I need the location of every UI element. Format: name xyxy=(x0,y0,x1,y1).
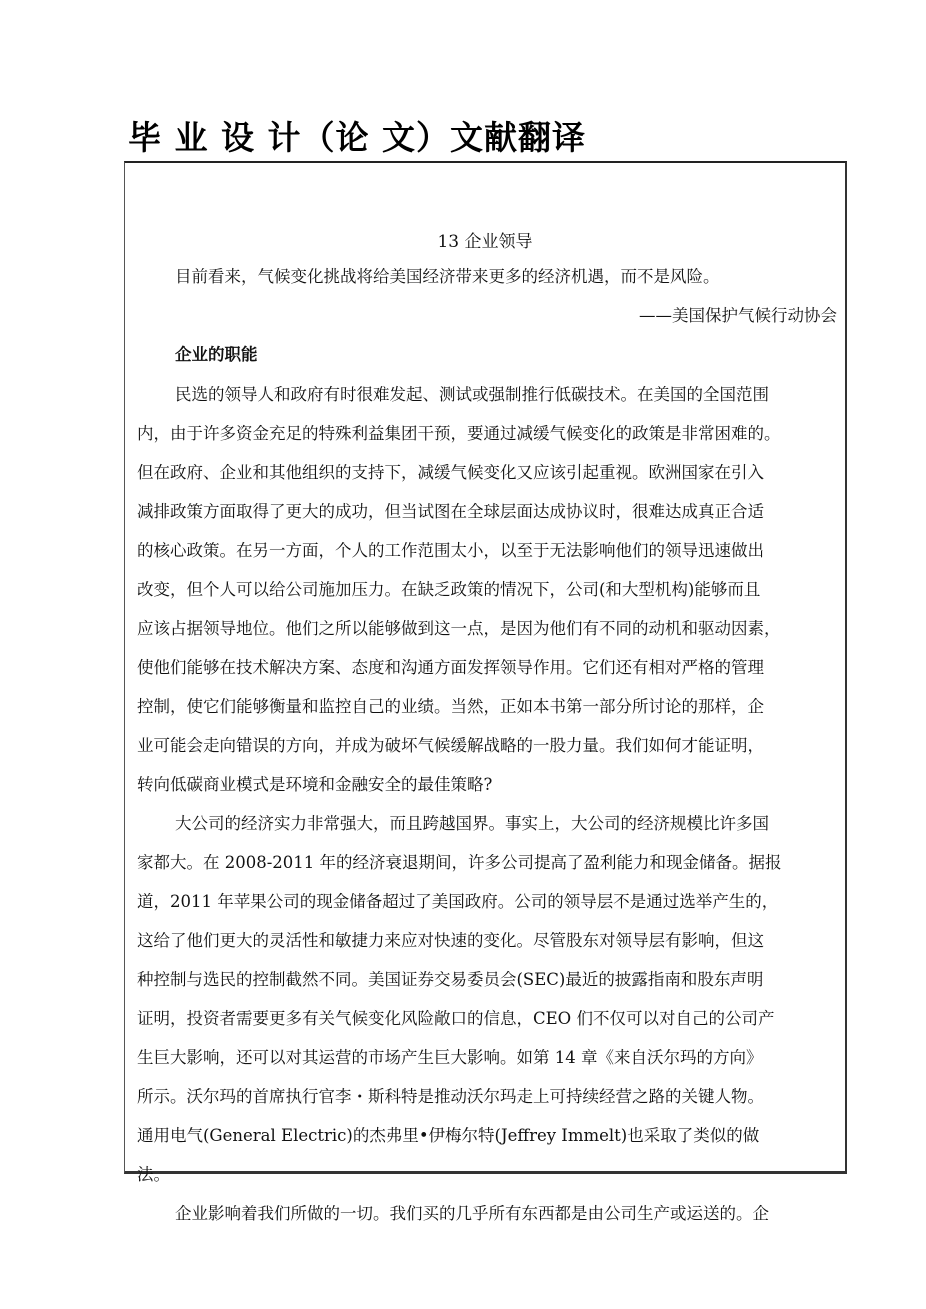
paragraph-line: 民选的领导人和政府有时很难发起、测试或强制推行低碳技术。在美国的全国范围 xyxy=(175,385,875,405)
epigraph-quote: 目前看来，气候变化挑战将给美国经济带来更多的经济机遇，而不是风险。 xyxy=(175,267,875,287)
paragraph-line: 内，由于许多资金充足的特殊利益集团干预，要通过减缓气候变化的政策是非常困难的。 xyxy=(137,424,837,444)
paragraph-line: 的核心政策。在另一方面，个人的工作范围太小，以至于无法影响他们的领导迅速做出 xyxy=(137,541,837,561)
paragraph-line: 企业影响着我们所做的一切。我们买的几乎所有东西都是由公司生产或运送的。企 xyxy=(175,1204,875,1224)
paragraph-line: 大公司的经济实力非常强大，而且跨越国界。事实上，大公司的经济规模比许多国 xyxy=(175,814,875,834)
paragraph-line: 证明，投资者需要更多有关气候变化风险敞口的信息，CEO 们不仅可以对自己的公司产 xyxy=(137,1009,837,1029)
paragraph-line: 但在政府、企业和其他组织的支持下，减缓气候变化又应该引起重视。欧洲国家在引入 xyxy=(137,463,837,483)
paragraph-line: 这给了他们更大的灵活性和敏捷力来应对快速的变化。尽管股东对领导层有影响，但这 xyxy=(137,931,837,951)
paragraph-line: 减排政策方面取得了更大的成功，但当试图在全球层面达成协议时，很难达成真正合适 xyxy=(137,502,837,522)
paragraph-line: 种控制与选民的控制截然不同。美国证券交易委员会(SEC)最近的披露指南和股东声明 xyxy=(137,970,837,990)
paragraph-line: 通用电气(General Electric)的杰弗里•伊梅尔特(Jeffrey … xyxy=(137,1126,837,1146)
paragraph-line: 转向低碳商业模式是环境和金融安全的最佳策略? xyxy=(137,775,837,795)
paragraph-line: 应该占据领导地位。他们之所以能够做到这一点，是因为他们有不同的动机和驱动因素， xyxy=(137,619,837,639)
paragraph-line: 所示。沃尔玛的首席执行官李・斯科特是推动沃尔玛走上可持续经营之路的关键人物。 xyxy=(137,1087,837,1107)
epigraph-attribution: ——美国保护气候行动协会 xyxy=(639,306,837,326)
section-heading: 企业的职能 xyxy=(175,345,875,365)
paragraph-line: 道，2011 年苹果公司的现金储备超过了美国政府。公司的领导层不是通过选举产生的… xyxy=(137,892,837,912)
paragraph-line: 改变，但个人可以给公司施加压力。在缺乏政策的情况下，公司(和大型机构)能够而且 xyxy=(137,580,837,600)
document-title: 毕 业 设 计（论 文）文献翻译 xyxy=(128,112,586,159)
paragraph-line: 控制，使它们能够衡量和监控自己的业绩。当然，正如本书第一部分所讨论的那样，企 xyxy=(137,697,837,717)
translation-content-box: 13 企业领导 目前看来，气候变化挑战将给美国经济带来更多的经济机遇，而不是风险… xyxy=(124,161,847,1174)
paragraph-line: 使他们能够在技术解决方案、态度和沟通方面发挥领导作用。它们还有相对严格的管理 xyxy=(137,658,837,678)
paragraph-line: 业可能会走向错误的方向，并成为破坏气候缓解战略的一股力量。我们如何才能证明， xyxy=(137,736,837,756)
paragraph-line: 生巨大影响，还可以对其运营的市场产生巨大影响。如第 14 章《来自沃尔玛的方向》 xyxy=(137,1048,837,1068)
chapter-title: 13 企业领导 xyxy=(125,227,845,252)
paragraph-line: 家都大。在 2008-2011 年的经济衰退期间，许多公司提高了盈利能力和现金储… xyxy=(137,853,837,873)
paragraph-line: 法。 xyxy=(137,1165,837,1185)
